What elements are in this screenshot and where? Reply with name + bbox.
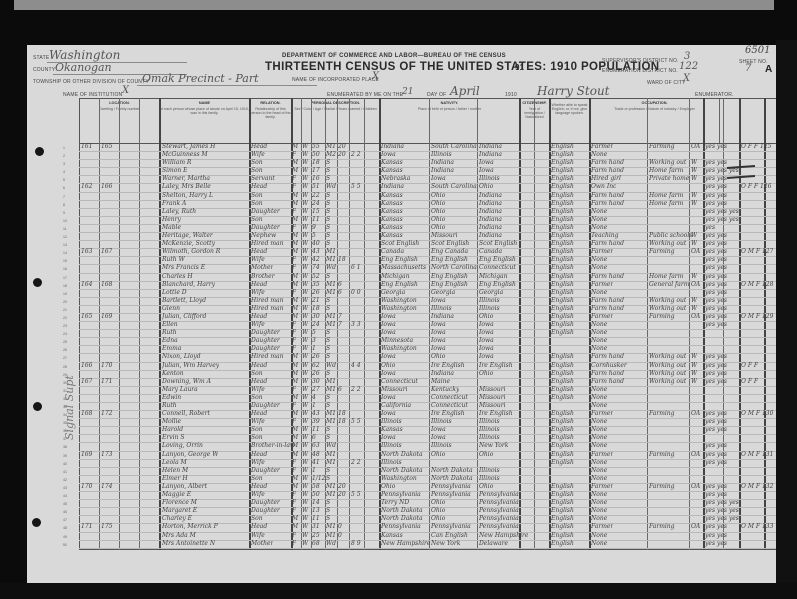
language-cell: English [551, 264, 574, 272]
industry-cell: Working out [649, 353, 686, 361]
employer-status-cell: W [691, 200, 697, 208]
relation-cell: Head [251, 143, 267, 151]
mother-birthplace-cell: Iowa [479, 159, 494, 167]
language-cell: English [551, 305, 574, 313]
children-cell: 5 5 [351, 418, 361, 426]
relation-cell: Wife [251, 321, 265, 329]
occupation-cell: None [591, 426, 607, 434]
education-cell: yes yes [705, 353, 727, 361]
person-name-cell: Ellen [162, 321, 178, 329]
occupation-cell: None [591, 321, 607, 329]
family-number-cell: 168 [101, 281, 112, 289]
row-number-left: 37 [63, 437, 67, 441]
birthplace-cell: Scot English [381, 240, 419, 248]
industry-cell: Home farm [649, 273, 683, 281]
marital-status-cell: S [326, 159, 330, 167]
dwelling-number-cell: 170 [81, 483, 92, 491]
color-cell: W [302, 459, 308, 467]
marital-status-cell: M1 [326, 451, 336, 459]
marital-status-cell: S [326, 192, 330, 200]
mother-birthplace-cell: Indiana [479, 224, 502, 232]
father-birthplace-cell: Kentucky [431, 386, 459, 394]
father-birthplace-cell: Scot English [431, 240, 469, 248]
father-birthplace-cell: Indiana [431, 167, 454, 175]
relation-cell: Head [251, 410, 267, 418]
children-cell: 2 2 [351, 459, 361, 467]
marital-status-cell: M1 [326, 386, 336, 394]
occupation-cell: None [591, 337, 607, 345]
color-cell: W [302, 183, 308, 191]
language-cell: English [551, 329, 574, 337]
language-cell: English [551, 232, 574, 240]
children-cell: 5 5 [351, 183, 361, 191]
language-cell: English [551, 183, 574, 191]
table-row: EllenWifeFW24M173 3IowaIowaIowaEnglishNo… [79, 322, 776, 330]
ward-label: WARD OF CITY [647, 80, 686, 86]
color-cell: W [302, 232, 308, 240]
years-married-cell: 6 [338, 386, 342, 394]
relation-cell: Wife [251, 289, 265, 297]
relation-cell: Son [251, 426, 263, 434]
employer-status-cell: OA [691, 248, 700, 256]
language-cell: English [551, 386, 574, 394]
education-cell: yes yes [705, 256, 727, 264]
industry-cell: Working out [649, 370, 686, 378]
industry-cell: Farming [649, 313, 675, 321]
color-cell: W [302, 370, 308, 378]
sex-cell: F [292, 532, 296, 540]
age-cell: 26 [312, 353, 320, 361]
marital-status-cell: M1 [326, 321, 336, 329]
person-name-cell: Ruth [162, 329, 177, 337]
birthplace-cell: Missouri [381, 386, 407, 394]
marital-status-cell: S [326, 329, 330, 337]
father-birthplace-cell: Illinois [431, 151, 452, 159]
row-number-left: 38 [63, 445, 67, 449]
row-number-left: 3 [63, 162, 65, 166]
occupation-cell: None [591, 491, 607, 499]
row-number-left: 41 [63, 470, 67, 474]
county-label: COUNTY [33, 67, 55, 73]
relation-cell: Son [251, 475, 263, 483]
occupation-cell: Farmer [591, 410, 613, 418]
relation-cell: Daughter [251, 499, 280, 507]
birthplace-cell: Iowa [381, 370, 396, 378]
language-cell: English [551, 540, 574, 548]
occupation-cell: Cornhusker [591, 362, 627, 370]
father-birthplace-cell: Iowa [431, 297, 446, 305]
age-cell: 21 [312, 297, 320, 305]
color-cell: W [302, 353, 308, 361]
state-label: STATE [33, 55, 49, 61]
color-cell: W [302, 434, 308, 442]
color-cell: W [302, 273, 308, 281]
color-cell: W [302, 143, 308, 151]
marital-status-cell: S [326, 353, 330, 361]
occupation-cell: Own Inc [591, 183, 616, 191]
education-cell: yes yes [705, 532, 727, 540]
language-cell: English [551, 208, 574, 216]
children-cell: 4 4 [351, 362, 361, 370]
row-number-left: 14 [63, 251, 67, 255]
age-cell: 11 [312, 426, 320, 434]
color-cell: W [302, 378, 308, 386]
dwelling-number-cell: 168 [81, 410, 92, 418]
person-name-cell: Downing, Wm A [162, 378, 211, 386]
marital-status-cell: Wd [326, 540, 336, 548]
relation-cell: Wife [251, 151, 265, 159]
home-ownership-cell: O F F [741, 378, 758, 386]
color-cell: W [302, 418, 308, 426]
relation-cell: Son [251, 159, 263, 167]
sex-cell: F [292, 224, 296, 232]
sex-cell: M [292, 523, 298, 531]
supervisor-label: SUPERVISOR'S DISTRICT NO. [602, 58, 679, 64]
relation-cell: Head [251, 362, 267, 370]
marital-status-cell: M2 [326, 151, 336, 159]
person-name-cell: Lottie D [162, 289, 187, 297]
mother-birthplace-cell: Iowa [479, 337, 494, 345]
table-row: RuthDaughterFW5SIowaIowaIowaEnglishNone2… [79, 330, 776, 338]
occupation-cell: None [591, 256, 607, 264]
birthplace-cell: Kansas [381, 224, 403, 232]
binder-hole [33, 402, 42, 411]
relation-cell: Head [251, 248, 267, 256]
color-cell: W [302, 337, 308, 345]
language-cell: English [551, 434, 574, 442]
language-cell: English [551, 192, 574, 200]
row-number-left: 32 [63, 397, 67, 401]
dwelling-number-cell: 162 [81, 183, 92, 191]
education-cell: yes yes yes [705, 515, 739, 523]
age-cell: 63 [312, 442, 320, 450]
marital-status-cell: S [326, 297, 330, 305]
occupation-cell: None [591, 402, 607, 410]
father-birthplace-cell: Ohio [431, 216, 445, 224]
dwelling-number-cell: 167 [81, 378, 92, 386]
family-number-cell: 165 [101, 143, 112, 151]
row-number-left: 35 [63, 421, 67, 425]
row-number-left: 23 [63, 324, 67, 328]
age-cell: 55 [312, 143, 320, 151]
mother-birthplace-cell: New York [479, 442, 508, 450]
relation-cell: Wife [251, 256, 265, 264]
father-birthplace-cell: Maine [431, 378, 450, 386]
years-married-cell: 20 [338, 143, 346, 151]
occupation-cell: Farm hand [591, 159, 624, 167]
mother-birthplace-cell: Missouri [479, 386, 505, 394]
relation-cell: Daughter [251, 337, 280, 345]
color-cell: W [302, 208, 308, 216]
occupation-cell: None [591, 467, 607, 475]
row-number-left: 39 [63, 454, 67, 458]
marital-status-cell: S [326, 200, 330, 208]
row-number-left: 26 [63, 348, 67, 352]
row-number-left: 28 [63, 365, 67, 369]
family-number-cell: 166 [101, 183, 112, 191]
age-cell: 1 [312, 467, 316, 475]
marital-status-cell: M1 [326, 483, 336, 491]
education-cell: yes yes [705, 540, 727, 548]
language-cell: English [551, 515, 574, 523]
state-value: Washington [49, 48, 120, 62]
industry-cell: Working out [649, 362, 686, 370]
relation-cell: Daughter [251, 329, 280, 337]
sex-cell: F [292, 540, 296, 548]
father-birthplace-cell: Eng English [431, 273, 468, 281]
color-cell: W [302, 475, 308, 483]
father-birthplace-cell: North Dakota [431, 467, 473, 475]
birthplace-cell: Washington [381, 475, 417, 483]
age-cell: 18 [312, 305, 320, 313]
industry-cell: Farming [649, 483, 675, 491]
language-cell: English [551, 248, 574, 256]
father-birthplace-cell: Indiana [431, 313, 454, 321]
marital-status-cell: Wd [326, 264, 336, 272]
years-married-cell: 0 [338, 523, 342, 531]
person-name-cell: Margaret E [162, 507, 197, 515]
marital-status-cell: S [326, 467, 330, 475]
county-value: Okanogan [55, 61, 112, 74]
relation-cell: Head [251, 378, 267, 386]
relation-cell: Hired man [251, 240, 283, 248]
sex-cell: F [292, 418, 296, 426]
industry-cell: Home farm [649, 167, 683, 175]
language-cell: English [551, 321, 574, 329]
relation-cell: Son [251, 434, 263, 442]
marital-status-cell: S [326, 345, 330, 353]
person-name-cell: Lanyon, George W [162, 451, 218, 459]
language-cell: English [551, 273, 574, 281]
sex-cell: F [292, 175, 296, 183]
birthplace-cell: Nebraska [381, 175, 410, 183]
occupation-cell: Farm hand [591, 297, 624, 305]
sex-cell: F [292, 459, 296, 467]
occupation-cell: Farmer [591, 483, 613, 491]
language-cell: English [551, 370, 574, 378]
relation-cell: Son [251, 515, 263, 523]
occupation-cell: None [591, 208, 607, 216]
sex-cell: M [292, 394, 298, 402]
person-name-cell: Mollie [162, 418, 181, 426]
language-cell: English [551, 313, 574, 321]
person-name-cell: Stewart, James H [162, 143, 215, 151]
color-cell: W [302, 192, 308, 200]
mother-birthplace-cell: Illinois [479, 297, 500, 305]
occupation-cell: Farm hand [591, 305, 624, 313]
age-cell: 14 [312, 499, 320, 507]
age-cell: 30 [312, 378, 320, 386]
industry-cell: Working out [649, 305, 686, 313]
birthplace-cell: Connecticut [381, 378, 418, 386]
age-cell: 3 [312, 337, 316, 345]
sex-cell: F [292, 345, 296, 353]
relation-cell: Wife [251, 459, 265, 467]
years-married-cell: 20 [338, 151, 346, 159]
form-number: 91 [515, 63, 524, 72]
occupation-cell: Farmer [591, 143, 613, 151]
row-number-left: 21 [63, 308, 67, 312]
children-cell: 5 5 [351, 491, 361, 499]
education-cell: yes yes [705, 459, 727, 467]
employer-status-cell: OA [691, 281, 700, 289]
relation-cell: Wife [251, 491, 265, 499]
father-birthplace-cell: Iowa [431, 321, 446, 329]
relation-cell: Hired man [251, 297, 283, 305]
sex-cell: M [292, 378, 298, 386]
enumerated-month: April [450, 84, 480, 98]
person-name-cell: Elmer H [162, 475, 188, 483]
marital-status-cell: M1 [326, 459, 336, 467]
employer-status-cell: OA [691, 313, 700, 321]
person-name-cell: Shelton, Harry L [162, 192, 213, 200]
sex-cell: F [292, 499, 296, 507]
industry-cell: Farming [649, 410, 675, 418]
mother-birthplace-cell: Pennsylvania [479, 507, 519, 515]
mother-birthplace-cell: Canada [479, 248, 502, 256]
dwelling-number-cell: 169 [81, 451, 92, 459]
sex-cell: M [292, 159, 298, 167]
industry-cell: Working out [649, 240, 686, 248]
age-cell: 1/12 [312, 475, 325, 483]
color-cell: W [302, 507, 308, 515]
sex-cell: M [292, 216, 298, 224]
row-number-left: 8 [63, 203, 65, 207]
employer-status-cell: W [691, 362, 697, 370]
education-cell: yes yes [705, 232, 727, 240]
relation-cell: Son [251, 394, 263, 402]
row-number-left: 50 [63, 543, 67, 547]
occupation-cell: Farm hand [591, 200, 624, 208]
mother-birthplace-cell: Georgia [479, 289, 503, 297]
mother-birthplace-cell: Iowa [479, 353, 494, 361]
relation-cell: Servant [251, 175, 275, 183]
sex-cell: M [292, 442, 298, 450]
sex-cell: M [292, 451, 298, 459]
employer-status-cell: W [691, 353, 697, 361]
person-name-cell: Harold [162, 426, 183, 434]
mother-birthplace-cell: Pennsylvania [479, 499, 519, 507]
relation-cell: Head [251, 451, 267, 459]
birthplace-cell: Iowa [381, 410, 396, 418]
father-birthplace-cell: Pennsylvania [431, 491, 471, 499]
sex-cell: M [292, 410, 298, 418]
row-number-left: 48 [63, 526, 67, 530]
person-name-cell: Edna [162, 337, 178, 345]
marital-status-cell: S [326, 224, 330, 232]
marital-status-cell: M1 [326, 289, 336, 297]
sheet-letter: A [765, 64, 772, 75]
stamp-number: 6501 [745, 45, 770, 56]
age-cell: 26 [312, 370, 320, 378]
family-number-cell: 169 [101, 313, 112, 321]
row-number-left: 40 [63, 462, 67, 466]
children-cell: 2 2 [351, 386, 361, 394]
marital-status-cell: Wd [326, 183, 336, 191]
person-name-cell: Connell, Robert [162, 410, 210, 418]
relation-cell: Daughter [251, 402, 280, 410]
education-cell: yes yes [705, 523, 727, 531]
color-cell: W [302, 467, 308, 475]
language-cell: English [551, 159, 574, 167]
person-name-cell: Warner, Martha [162, 175, 210, 183]
father-birthplace-cell: Connecticut [431, 402, 468, 410]
father-birthplace-cell: Ohio [431, 200, 445, 208]
color-cell: W [302, 159, 308, 167]
person-name-cell: Mrs Ada M [162, 532, 196, 540]
mother-birthplace-cell: Ohio [479, 313, 493, 321]
home-ownership-cell: O M F 133 [741, 523, 773, 531]
father-birthplace-cell: Eng English [431, 281, 468, 289]
sex-cell: M [292, 192, 298, 200]
relation-cell: Mother [251, 264, 273, 272]
language-cell: English [551, 523, 574, 531]
occupation-cell: Farmer [591, 451, 613, 459]
occupation-cell: None [591, 345, 607, 353]
mother-birthplace-cell: Pennsylvania [479, 523, 519, 531]
occupation-cell: Farm hand [591, 370, 624, 378]
person-name-cell: Simon E [162, 167, 187, 175]
father-birthplace-cell: South Carolina [431, 183, 477, 191]
color-cell: W [302, 515, 308, 523]
color-cell: W [302, 442, 308, 450]
person-name-cell: Charley E [162, 515, 192, 523]
color-cell: W [302, 329, 308, 337]
marital-status-cell: S [326, 434, 330, 442]
color-cell: W [302, 483, 308, 491]
sex-cell: F [292, 402, 296, 410]
color-cell: W [302, 523, 308, 531]
family-number-cell: 171 [101, 378, 112, 386]
marital-status-cell: M1 [326, 532, 336, 540]
row-number-left: 9 [63, 211, 65, 215]
age-cell: 18 [312, 159, 320, 167]
sex-cell: M [292, 143, 298, 151]
sex-cell: F [292, 321, 296, 329]
relation-cell: Head [251, 281, 267, 289]
father-birthplace-cell: Pennsylvania [431, 483, 471, 491]
age-cell: 42 [312, 256, 320, 264]
father-birthplace-cell: Iowa [431, 426, 446, 434]
years-married-cell: 7 [338, 313, 342, 321]
dwelling-number-cell: 165 [81, 313, 92, 321]
occupation-cell: Farmer [591, 248, 613, 256]
age-cell: 40 [312, 240, 320, 248]
table-row: MollieWifeFW39M1185 5IllinoisIllinoisIll… [79, 419, 776, 427]
birthplace-cell: Eng English [381, 256, 418, 264]
age-cell: 11 [312, 515, 320, 523]
mother-birthplace-cell: Missouri [479, 402, 505, 410]
person-name-cell: Laley, Mrs Belle [162, 183, 211, 191]
relation-cell: Head [251, 183, 267, 191]
occupation-cell: None [591, 532, 607, 540]
birthplace-cell: Ohio [381, 483, 395, 491]
father-birthplace-cell: New York [431, 540, 460, 548]
mother-birthplace-cell: Ire English [479, 362, 513, 370]
relation-cell: Son [251, 200, 263, 208]
marital-status-cell: S [326, 426, 330, 434]
person-name-cell: Laley, Ruth [162, 208, 196, 216]
marital-status-cell: S [326, 167, 330, 175]
father-birthplace-cell: Connecticut [431, 394, 468, 402]
education-cell: yes yes [705, 200, 727, 208]
birthplace-cell: Iowa [381, 321, 396, 329]
enumeration-district-label: ENUMERATION DISTRICT NO. [602, 68, 678, 74]
industry-cell: Home farm [649, 200, 683, 208]
mother-birthplace-cell: Pennsylvania [479, 515, 519, 523]
row-number-left: 36 [63, 429, 67, 433]
father-birthplace-cell: Iowa [431, 345, 446, 353]
